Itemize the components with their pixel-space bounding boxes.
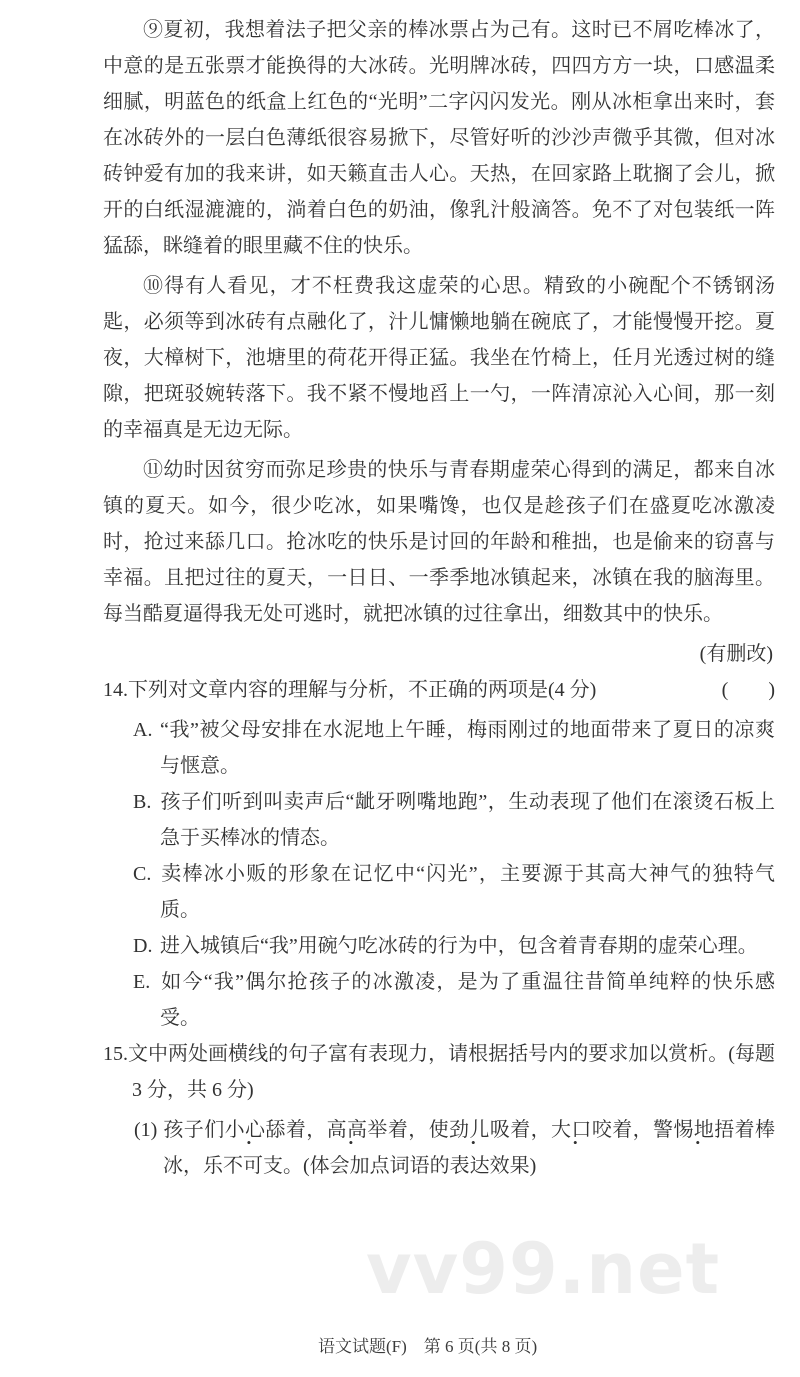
question-14-options: A.“我”被父母安排在水泥地上午睡，梅雨刚过的地面带来了夏日的凉爽与惬意。 B.… xyxy=(103,712,775,1036)
exam-page: ⑨夏初，我想着法子把父亲的棒冰票占为己有。这时已不屑吃棒冰了，中意的是五张票才能… xyxy=(0,0,800,1377)
option-b: B.孩子们听到叫卖声后“龇牙咧嘴地跑”，生动表现了他们在滚烫石板上急于买棒冰的情… xyxy=(103,784,775,856)
question-15-sub1-prefix: (1) xyxy=(134,1112,163,1148)
option-c-label: C. xyxy=(133,856,160,892)
sub1-emphasized-char: 举 xyxy=(367,1119,387,1141)
question-14-answer-brackets: ( ) xyxy=(722,672,775,708)
option-d-label: D. xyxy=(133,928,160,964)
option-a-text: “我”被父母安排在水泥地上午睡，梅雨刚过的地面带来了夏日的凉爽与惬意。 xyxy=(160,719,775,777)
sub1-emphasized-char: 舔 xyxy=(265,1119,285,1141)
watermark: vv99.net xyxy=(366,1228,720,1310)
sub1-emphasized-char: 咬 xyxy=(592,1119,612,1141)
question-14-stem-row: 14.下列对文章内容的理解与分析，不正确的两项是(4 分) ( ) xyxy=(103,672,775,708)
sub1-emphasized-char: 吸 xyxy=(490,1119,510,1141)
passage-paragraph-11: ⑪幼时因贫穷而弥足珍贵的快乐与青春期虚荣心得到的满足，都来自冰镇的夏天。如今，很… xyxy=(103,452,775,632)
option-c: C.卖棒冰小贩的形象在记忆中“闪光”，主要源于其高大神气的独特气质。 xyxy=(103,856,775,928)
sub1-emphasized-char: 捂 xyxy=(714,1119,734,1141)
passage-paragraph-9: ⑨夏初，我想着法子把父亲的棒冰票占为己有。这时已不屑吃棒冰了，中意的是五张票才能… xyxy=(103,12,775,264)
sub1-segment: 着，高高 xyxy=(286,1119,368,1141)
option-c-text: 卖棒冰小贩的形象在记忆中“闪光”，主要源于其高大神气的独特气质。 xyxy=(160,863,775,921)
question-14-stem: 14.下列对文章内容的理解与分析，不正确的两项是(4 分) xyxy=(103,672,596,708)
question-15-sub1: (1)孩子们小心舔着，高高举着，使劲儿吸着，大口咬着，警惕地捂着棒冰，乐不可支。… xyxy=(103,1112,775,1184)
option-d: D.进入城镇后“我”用碗勺吃冰砖的行为中，包含着青春期的虚荣心理。 xyxy=(103,928,775,964)
option-e: E.如今“我”偶尔抢孩子的冰激凌，是为了重温往昔简单纯粹的快乐感受。 xyxy=(103,964,775,1036)
passage-paragraph-10: ⑩得有人看见，才不枉费我这虚荣的心思。精致的小碗配个不锈钢汤匙，必须等到冰砖有点… xyxy=(103,268,775,448)
sub1-segment: 着，大口 xyxy=(510,1119,592,1141)
page-content: ⑨夏初，我想着法子把父亲的棒冰票占为己有。这时已不屑吃棒冰了，中意的是五张票才能… xyxy=(103,12,775,1184)
option-d-text: 进入城镇后“我”用碗勺吃冰砖的行为中，包含着青春期的虚荣心理。 xyxy=(160,935,758,957)
option-a-label: A. xyxy=(133,712,160,748)
option-b-text: 孩子们听到叫卖声后“龇牙咧嘴地跑”，生动表现了他们在滚烫石板上急于买棒冰的情态。 xyxy=(160,791,775,849)
option-e-text: 如今“我”偶尔抢孩子的冰激凌，是为了重温往昔简单纯粹的快乐感受。 xyxy=(160,971,775,1029)
source-note: (有删改) xyxy=(103,636,775,672)
option-e-label: E. xyxy=(133,964,160,1000)
option-a: A.“我”被父母安排在水泥地上午睡，梅雨刚过的地面带来了夏日的凉爽与惬意。 xyxy=(103,712,775,784)
page-footer: 语文试题(F) 第 6 页(共 8 页) xyxy=(318,1336,537,1358)
option-b-label: B. xyxy=(133,784,160,820)
question-15-stem: 15.文中两处画横线的句子富有表现力，请根据括号内的要求加以赏析。(每题 3 分… xyxy=(103,1036,775,1108)
